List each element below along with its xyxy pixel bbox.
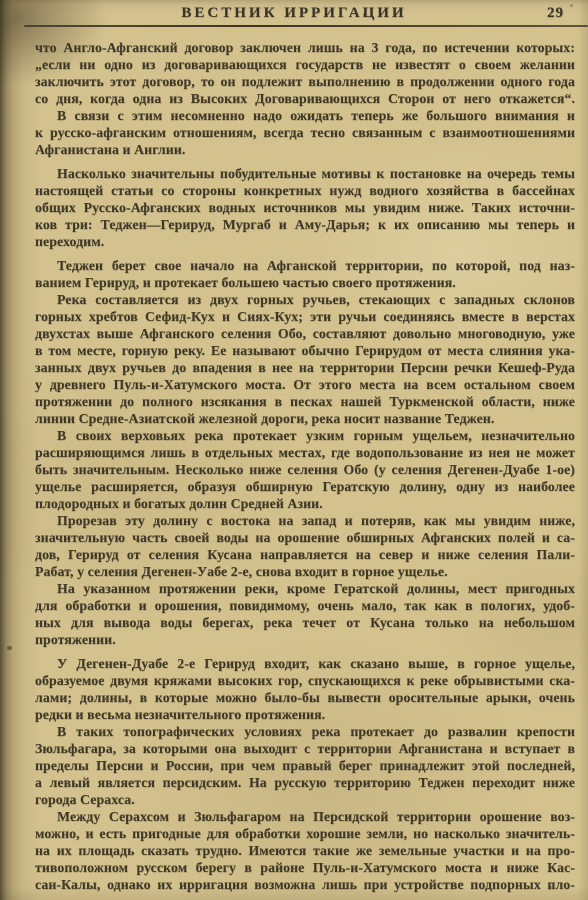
text-line: Зюльфагара, за которыми она выходит с те… xyxy=(35,740,575,757)
text-line: редки и весьма незначительного протяжени… xyxy=(35,706,575,723)
text-line: Афганистана и Англии. xyxy=(35,141,575,158)
text-line: двухстах выше Афганского селения Обо, со… xyxy=(35,325,575,342)
text-line: быть значительным. Несколько ниже селени… xyxy=(35,461,575,478)
text-line: настоящей статьи со стороны конкретных н… xyxy=(35,182,575,199)
text-line: Между Серахсом и Зюльфагаром на Персидск… xyxy=(35,808,575,825)
text-line: пределы Персии и России, при чем правый … xyxy=(35,757,575,774)
paragraph: На указанном протяжении реки, кроме Гера… xyxy=(35,580,575,648)
text-line: „если ни одно из договаривающихся госуда… xyxy=(35,56,575,73)
text-line: сан-Калы, однако их ирригация возможна л… xyxy=(35,876,575,893)
ink-speck xyxy=(7,646,12,650)
text-line: дов, Герируд от селения Кусана направляе… xyxy=(35,546,575,563)
paragraph: В своих верховьях река протекает узким г… xyxy=(35,427,575,512)
text-line: Прорезав эту долину с востока на запад и… xyxy=(35,512,575,529)
text-line: что Англо-Афганский договор заключен лиш… xyxy=(35,39,575,56)
text-line: На указанном протяжении реки, кроме Гера… xyxy=(35,580,575,597)
text-line: расширяющимся лишь в отдельных местах, г… xyxy=(35,444,575,461)
text-line: Теджен берет свое начало на Афганской те… xyxy=(35,257,575,274)
paragraph: Река составляется из двух горных ручьев,… xyxy=(35,291,575,427)
text-line: для обработки и орошения, повидимому, оч… xyxy=(35,597,575,614)
scanned-page: ВЕСТНИК ИРРИГАЦИИ 29 что Англо-Афганский… xyxy=(0,0,588,900)
article-text: что Англо-Афганский договор заключен лиш… xyxy=(35,39,575,893)
text-line: образуемое двумя кряжами высоких гор, сп… xyxy=(35,672,575,689)
text-line: заключить этот договор, то он подлежит в… xyxy=(35,73,575,90)
paragraph: У Дегенен-Дуабе 2-е Герируд входит, как … xyxy=(35,655,575,723)
paragraph: Прорезав эту долину с востока на запад и… xyxy=(35,512,575,580)
text-line: У Дегенен-Дуабе 2-е Герируд входит, как … xyxy=(35,655,575,672)
paragraph: Насколько значительны побудительные моти… xyxy=(35,165,575,250)
text-line: линии Средне-Азиатской железной дороги, … xyxy=(35,410,575,427)
text-line: тивоположном русском берегу в районе Пул… xyxy=(35,859,575,876)
text-line: можно, и есть пригодные для обработки хо… xyxy=(35,825,575,842)
text-line: ных для вывода воды берегах, река течет … xyxy=(35,614,575,631)
text-line: лами; долины, в которые можно было-бы вы… xyxy=(35,689,575,706)
text-line: В своих верховьях река протекает узким г… xyxy=(35,427,575,444)
text-line: В таких топографических условиях река пр… xyxy=(35,723,575,740)
text-line: в том месте, горную реку. Ее называют об… xyxy=(35,342,575,359)
text-line: а левый является персидским. На русскую … xyxy=(35,774,575,791)
text-line: общих Русско-Афганских водных источников… xyxy=(35,199,575,216)
paragraph: В связи с этим несомненно надо ожидать т… xyxy=(35,107,575,158)
text-line: значительную часть своей воды на орошени… xyxy=(35,529,575,546)
text-line: плодородных и богатых долин Средней Азии… xyxy=(35,495,575,512)
text-line: В связи с этим несомненно надо ожидать т… xyxy=(35,107,575,124)
text-line: ущелье расширяется, образуя обширную Гер… xyxy=(35,478,575,495)
paragraph: что Англо-Афганский договор заключен лиш… xyxy=(35,39,575,107)
paragraph: Теджен берет свое начало на Афганской те… xyxy=(35,257,575,291)
text-line: занных двух ручьев до впадения в нее на … xyxy=(35,359,575,376)
page-number: 29 xyxy=(547,5,564,22)
text-line: горных хребтов Сефид-Кух и Сиях-Кух; эти… xyxy=(35,308,575,325)
text-line: у древнего Пуль-и-Хатумского моста. От э… xyxy=(35,376,575,393)
text-line: ков три: Теджен—Герируд, Мургаб и Аму-Да… xyxy=(35,216,575,233)
text-line: протяжении. xyxy=(35,631,575,648)
text-line: Река составляется из двух горных ручьев,… xyxy=(35,291,575,308)
text-line: ванием Герируд, и протекает большею част… xyxy=(35,274,575,291)
text-line: города Серахса. xyxy=(35,791,575,808)
text-line: протяжении до полного изсякания в песках… xyxy=(35,393,575,410)
text-line: Насколько значительны побудительные моти… xyxy=(35,165,575,182)
paragraph: Между Серахсом и Зюльфагаром на Персидск… xyxy=(35,808,575,893)
journal-title: ВЕСТНИК ИРРИГАЦИИ xyxy=(0,5,588,22)
text-line: со дня, когда одна из Высоких Договарива… xyxy=(35,90,575,107)
text-line: Рабат, у селения Дегенен-Уабе 2-е, снова… xyxy=(35,563,575,580)
book-gutter-shadow xyxy=(0,0,40,900)
text-line: к русско-афганским отношениям, всегда те… xyxy=(35,124,575,141)
text-line: переходим. xyxy=(35,233,575,250)
text-line: на их площадь сказать трудно. Имеются та… xyxy=(35,842,575,859)
header-rule xyxy=(24,25,588,27)
paragraph: В таких топографических условиях река пр… xyxy=(35,723,575,808)
page-header: ВЕСТНИК ИРРИГАЦИИ 29 xyxy=(0,5,588,23)
